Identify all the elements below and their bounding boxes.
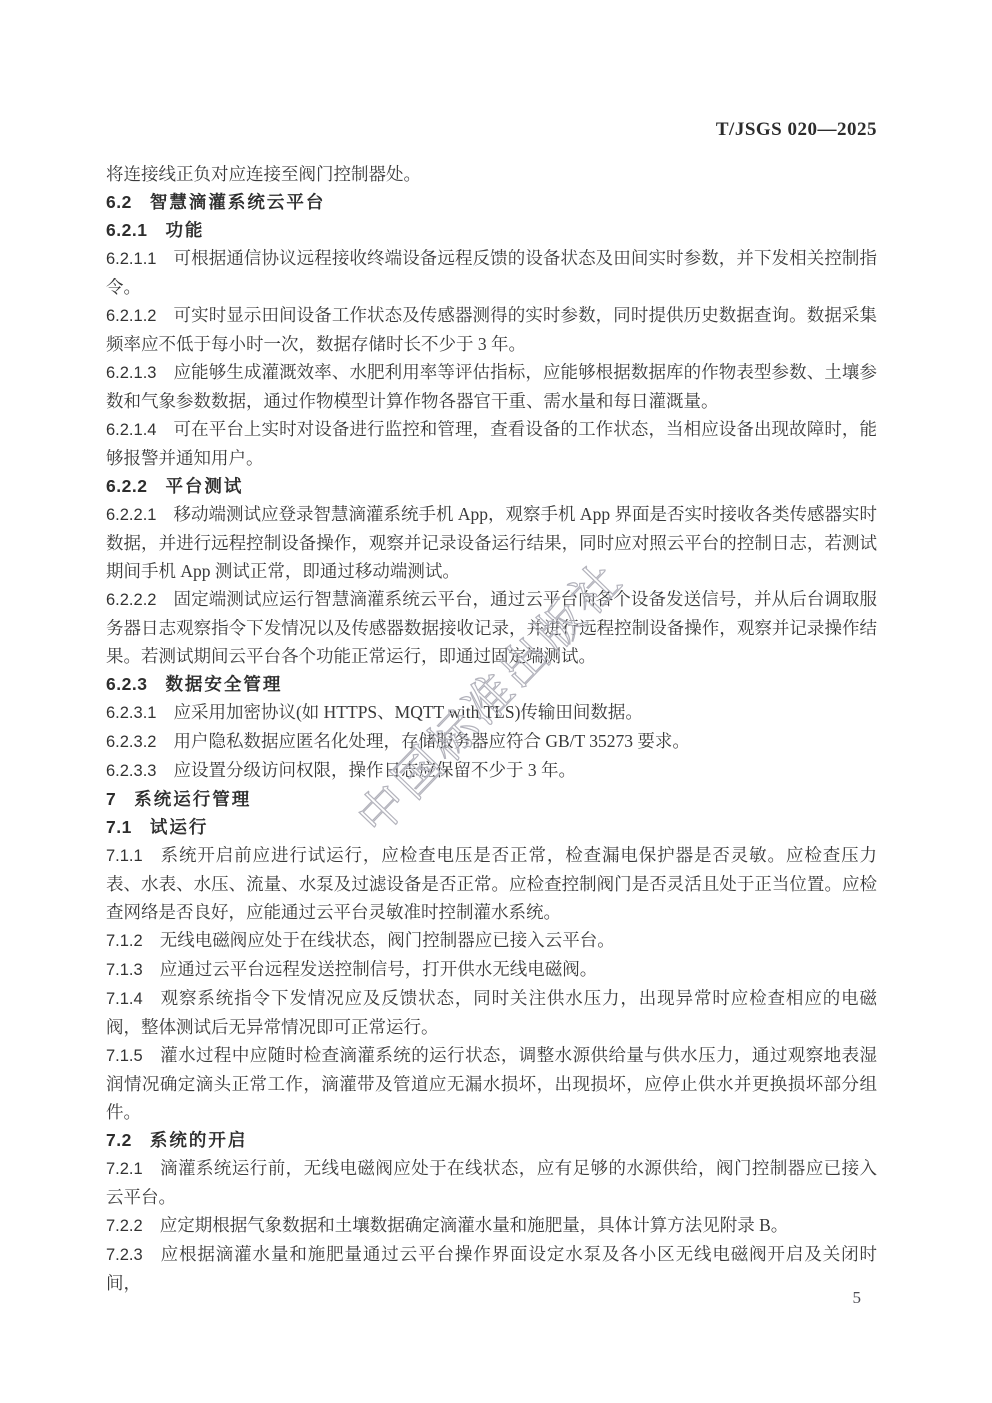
clause-number: 7.1.3 (106, 961, 143, 979)
clause-text: 移动端测试应登录智慧滴灌系统手机 App，观察手机 App 界面是否实时接收各类… (106, 504, 877, 581)
clause-text: 应采用加密协议(如 HTTPS、MQTT with TLS)传输田间数据。 (173, 702, 642, 722)
section-heading-h2: 7.2系统的开启 (106, 1126, 877, 1154)
heading-text: 系统运行管理 (134, 789, 251, 809)
page-content: 将连接线正负对应连接至阀门控制器处。6.2智慧滴灌系统云平台6.2.1功能6.2… (106, 160, 877, 1297)
heading-text: 试运行 (150, 817, 209, 837)
heading-text: 功能 (165, 220, 204, 240)
section-heading-h2: 6.2智慧滴灌系统云平台 (106, 188, 877, 216)
clause-text: 滴灌系统运行前，无线电磁阀应处于在线状态，应有足够的水源供给，阀门控制器应已接入… (106, 1158, 877, 1207)
clause-text: 应定期根据气象数据和土壤数据确定滴灌水量和施肥量，具体计算方法见附录 B。 (160, 1215, 789, 1235)
section-heading-h2: 7.1试运行 (106, 813, 877, 841)
clause-number: 6.2.3 (106, 674, 147, 694)
section-heading-h1: 7系统运行管理 (106, 785, 877, 813)
clause-number: 6.2.2.2 (106, 591, 156, 609)
clause-paragraph: 7.2.1滴灌系统运行前，无线电磁阀应处于在线状态，应有足够的水源供给，阀门控制… (106, 1154, 877, 1211)
clause-number: 6.2.1.3 (106, 364, 156, 382)
clause-paragraph: 7.1.2无线电磁阀应处于在线状态，阀门控制器应已接入云平台。 (106, 926, 877, 955)
clause-text: 应设置分级访问权限，操作日志应保留不少于 3 年。 (173, 760, 576, 780)
clause-paragraph: 6.2.2.2固定端测试应运行智慧滴灌系统云平台，通过云平台向各个设备发送信号，… (106, 585, 877, 670)
clause-number: 7.2.1 (106, 1160, 143, 1178)
clause-number: 6.2.1.4 (106, 421, 156, 439)
clause-number: 6.2.1.2 (106, 307, 156, 325)
clause-paragraph: 7.2.3应根据滴灌水量和施肥量通过云平台操作界面设定水泵及各小区无线电磁阀开启… (106, 1240, 877, 1297)
clause-number: 7.1.5 (106, 1047, 143, 1065)
clause-paragraph: 7.1.4观察系统指令下发情况应及反馈状态，同时关注供水压力，出现异常时应检查相… (106, 984, 877, 1041)
clause-text: 可在平台上实时对设备进行监控和管理，查看设备的工作状态，当相应设备出现故障时，能… (106, 419, 877, 468)
clause-number: 6.2.3.3 (106, 762, 156, 780)
clause-paragraph: 7.1.1系统开启前应进行试运行，应检查电压是否正常，检查漏电保护器是否灵敏。应… (106, 841, 877, 926)
clause-text: 灌水过程中应随时检查滴灌系统的运行状态，调整水源供给量与供水压力，通过观察地表湿… (106, 1045, 877, 1122)
clause-number: 7.2 (106, 1130, 132, 1150)
clause-paragraph: 6.2.2.1移动端测试应登录智慧滴灌系统手机 App，观察手机 App 界面是… (106, 500, 877, 585)
clause-paragraph: 7.1.3应通过云平台远程发送控制信号，打开供水无线电磁阀。 (106, 955, 877, 984)
clause-number: 6.2.1.1 (106, 250, 156, 268)
clause-paragraph: 7.1.5灌水过程中应随时检查滴灌系统的运行状态，调整水源供给量与供水压力，通过… (106, 1041, 877, 1126)
clause-text: 观察系统指令下发情况应及反馈状态，同时关注供水压力，出现异常时应检查相应的电磁阀… (106, 988, 877, 1037)
clause-text: 用户隐私数据应匿名化处理，存储服务器应符合 GB/T 35273 要求。 (173, 731, 689, 751)
clause-number: 7.2.3 (106, 1246, 143, 1264)
clause-text: 无线电磁阀应处于在线状态，阀门控制器应已接入云平台。 (160, 930, 615, 950)
clause-number: 7 (106, 789, 116, 809)
section-heading-h3: 6.2.2平台测试 (106, 472, 877, 500)
clause-number: 7.1.2 (106, 932, 143, 950)
clause-paragraph: 6.2.1.1可根据通信协议远程接收终端设备远程反馈的设备状态及田间实时参数，并… (106, 244, 877, 301)
heading-text: 系统的开启 (150, 1130, 248, 1150)
document-page: T/JSGS 020—2025 将连接线正负对应连接至阀门控制器处。6.2智慧滴… (0, 0, 992, 1403)
clause-paragraph: 7.2.2应定期根据气象数据和土壤数据确定滴灌水量和施肥量，具体计算方法见附录 … (106, 1211, 877, 1240)
clause-text: 可根据通信协议远程接收终端设备远程反馈的设备状态及田间实时参数，并下发相关控制指… (106, 248, 877, 297)
clause-text: 可实时显示田间设备工作状态及传感器测得的实时参数，同时提供历史数据查询。数据采集… (106, 305, 877, 354)
standard-code: T/JSGS 020—2025 (106, 119, 877, 141)
clause-paragraph: 6.2.3.1应采用加密协议(如 HTTPS、MQTT with TLS)传输田… (106, 698, 877, 727)
clause-number: 6.2.2 (106, 476, 147, 496)
clause-text: 应根据滴灌水量和施肥量通过云平台操作界面设定水泵及各小区无线电磁阀开启及关闭时间… (106, 1244, 877, 1293)
heading-text: 数据安全管理 (165, 674, 282, 694)
clause-number: 7.1.4 (106, 990, 143, 1008)
clause-number: 7.1.1 (106, 847, 143, 865)
clause-text: 将连接线正负对应连接至阀门控制器处。 (106, 164, 421, 184)
clause-paragraph: 6.2.3.3应设置分级访问权限，操作日志应保留不少于 3 年。 (106, 756, 877, 785)
heading-text: 平台测试 (165, 476, 243, 496)
clause-paragraph: 6.2.1.4可在平台上实时对设备进行监控和管理，查看设备的工作状态，当相应设备… (106, 415, 877, 472)
clause-number: 7.1 (106, 817, 132, 837)
clause-number: 6.2 (106, 192, 132, 212)
clause-text: 应通过云平台远程发送控制信号，打开供水无线电磁阀。 (160, 959, 598, 979)
clause-number: 7.2.2 (106, 1217, 143, 1235)
clause-paragraph: 将连接线正负对应连接至阀门控制器处。 (106, 160, 877, 188)
clause-paragraph: 6.2.1.3应能够生成灌溉效率、水肥利用率等评估指标，应能够根据数据库的作物表… (106, 358, 877, 415)
heading-text: 智慧滴灌系统云平台 (150, 192, 326, 212)
clause-paragraph: 6.2.1.2可实时显示田间设备工作状态及传感器测得的实时参数，同时提供历史数据… (106, 301, 877, 358)
section-heading-h3: 6.2.3数据安全管理 (106, 670, 877, 698)
clause-text: 系统开启前应进行试运行，应检查电压是否正常，检查漏电保护器是否灵敏。应检查压力表… (106, 845, 877, 922)
clause-paragraph: 6.2.3.2用户隐私数据应匿名化处理，存储服务器应符合 GB/T 35273 … (106, 727, 877, 756)
clause-number: 6.2.1 (106, 220, 147, 240)
clause-text: 固定端测试应运行智慧滴灌系统云平台，通过云平台向各个设备发送信号，并从后台调取服… (106, 589, 877, 666)
clause-text: 应能够生成灌溉效率、水肥利用率等评估指标，应能够根据数据库的作物表型参数、土壤参… (106, 362, 877, 411)
clause-number: 6.2.3.2 (106, 733, 156, 751)
section-heading-h3: 6.2.1功能 (106, 216, 877, 244)
clause-number: 6.2.2.1 (106, 506, 156, 524)
clause-number: 6.2.3.1 (106, 704, 156, 722)
